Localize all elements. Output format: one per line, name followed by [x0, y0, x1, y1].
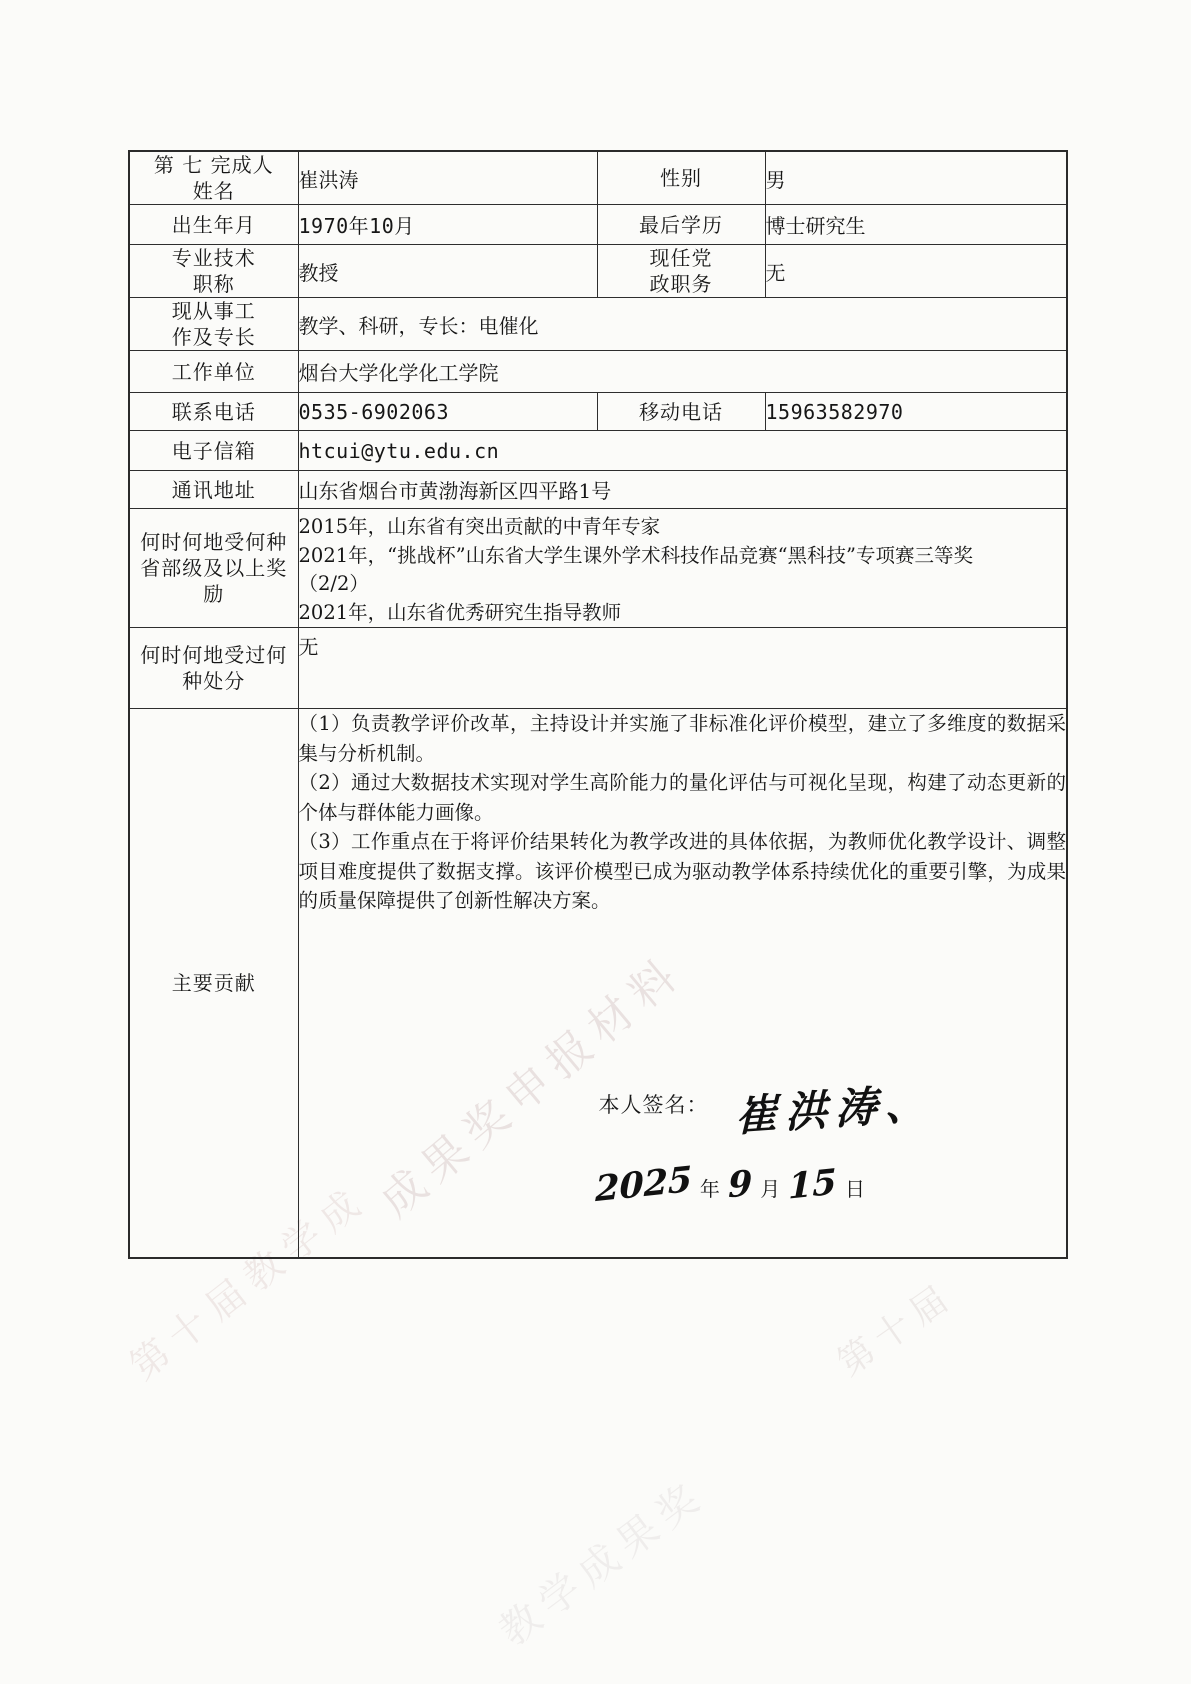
value-final-degree: 博士研究生: [765, 205, 1067, 245]
label-email: 电子信箱: [129, 431, 298, 471]
label-mobile-phone: 移动电话: [597, 393, 765, 431]
signature-label: 本人签名：: [599, 1093, 709, 1117]
value-employer: 烟台大学化学化工学院: [298, 351, 1067, 393]
contribution-paragraph-2: （2）通过大数据技术实现对学生高阶能力的量化评估与可视化呈现，构建了动态更新的个…: [299, 768, 1067, 827]
row-name: 第 七 完成人 姓名 崔洪涛 性别 男: [129, 151, 1067, 205]
month-unit-label: 月: [760, 1177, 780, 1201]
row-address: 通讯地址 山东省烟台市黄渤海新区四平路1号: [129, 471, 1067, 509]
row-punishment: 何时何地受过何 种处分 无: [129, 628, 1067, 709]
scanned-form-page: 成果奖申报材料 第十届教学成 第十届 教学成果奖 第 七 完成人 姓名 崔洪涛 …: [0, 0, 1191, 1684]
label-birth-date: 出生年月: [129, 205, 298, 245]
row-current-work: 现从事工 作及专长 教学、科研，专长：电催化: [129, 298, 1067, 351]
value-punishment: 无: [298, 628, 1067, 709]
value-gender: 男: [765, 151, 1067, 205]
row-title: 专业技术 职称 教授 现任党 政职务 无: [129, 245, 1067, 298]
label-final-degree: 最后学历: [597, 205, 765, 245]
value-party-post: 无: [765, 245, 1067, 298]
contribution-paragraph-1: （1）负责教学评价改革，主持设计并实施了非标准化评价模型，建立了多维度的数据采集…: [299, 709, 1067, 768]
value-email: htcui@ytu.edu.cn: [298, 431, 1067, 471]
row-phone: 联系电话 0535-6902063 移动电话 15963582970: [129, 393, 1067, 431]
row-employer: 工作单位 烟台大学化学化工学院: [129, 351, 1067, 393]
year-unit-label: 年: [700, 1177, 720, 1201]
row-email: 电子信箱 htcui@ytu.edu.cn: [129, 431, 1067, 471]
value-mobile-phone: 15963582970: [765, 393, 1067, 431]
row-birth: 出生年月 1970年10月 最后学历 博士研究生: [129, 205, 1067, 245]
signature-date-line: 2025年9月15日: [595, 1164, 874, 1205]
value-professional-title: 教授: [298, 245, 597, 298]
label-awards: 何时何地受何种 省部级及以上奖 励: [129, 509, 298, 628]
label-employer: 工作单位: [129, 351, 298, 393]
value-current-work: 教学、科研，专长：电催化: [298, 298, 1067, 351]
value-awards: 2015年，山东省有突出贡献的中青年专家 2021年，“挑战杯”山东省大学生课外…: [298, 509, 1067, 628]
value-main-contribution: （1）负责教学评价改革，主持设计并实施了非标准化评价模型，建立了多维度的数据采集…: [298, 709, 1067, 1258]
label-punishment: 何时何地受过何 种处分: [129, 628, 298, 709]
label-professional-title: 专业技术 职称: [129, 245, 298, 298]
handwritten-day: 15: [788, 1161, 836, 1207]
value-completer-name: 崔洪涛: [298, 151, 597, 205]
row-main-contribution: 主要贡献 （1）负责教学评价改革，主持设计并实施了非标准化评价模型，建立了多维度…: [129, 709, 1067, 1258]
watermark-text: 教学成果奖: [486, 1464, 716, 1657]
watermark-text: 第十届: [826, 1269, 963, 1386]
label-current-work: 现从事工 作及专长: [129, 298, 298, 351]
contribution-paragraph-3: （3）工作重点在于将评价结果转化为教学改进的具体依据，为教师优化教学设计、调整项…: [299, 827, 1067, 916]
value-contact-phone: 0535-6902063: [298, 393, 597, 431]
label-party-post: 现任党 政职务: [597, 245, 765, 298]
value-mailing-address: 山东省烟台市黄渤海新区四平路1号: [298, 471, 1067, 509]
value-birth-date: 1970年10月: [298, 205, 597, 245]
label-gender: 性别: [597, 151, 765, 205]
row-awards: 何时何地受何种 省部级及以上奖 励 2015年，山东省有突出贡献的中青年专家 2…: [129, 509, 1067, 628]
contribution-paragraphs: （1）负责教学评价改革，主持设计并实施了非标准化评价模型，建立了多维度的数据采集…: [299, 709, 1067, 916]
label-contact-phone: 联系电话: [129, 393, 298, 431]
signature-line: 本人签名：崔洪涛、: [599, 1077, 935, 1137]
handwritten-month: 9: [728, 1163, 752, 1207]
label-main-contribution: 主要贡献: [129, 709, 298, 1258]
label-completer-name: 第 七 完成人 姓名: [129, 151, 298, 205]
label-mailing-address: 通讯地址: [129, 471, 298, 509]
handwritten-signature: 崔洪涛、: [735, 1070, 935, 1144]
day-unit-label: 日: [845, 1177, 865, 1201]
handwritten-year: 2025: [595, 1159, 692, 1210]
completer-info-table: 第 七 完成人 姓名 崔洪涛 性别 男 出生年月 1970年10月 最后学历 博…: [128, 150, 1066, 1222]
